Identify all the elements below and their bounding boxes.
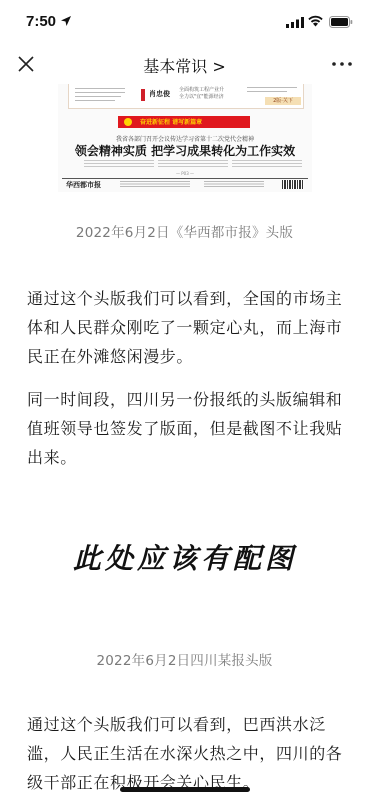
- newspaper-tag-text: 肖忠俊: [149, 89, 170, 99]
- newspaper-footer-text: [204, 181, 264, 188]
- more-dots-icon[interactable]: [331, 56, 353, 72]
- newspaper-badge: 2版·关下: [265, 97, 301, 105]
- account-title-link[interactable]: 基本常识 >: [0, 54, 369, 77]
- status-bar: 7:50: [0, 0, 369, 44]
- newspaper-headline: 领会精神实质 把学习成果转化为工作实效: [58, 142, 312, 159]
- newspaper-body-column: [84, 160, 154, 169]
- battery-icon: [329, 16, 353, 28]
- cellular-signal-icon: [286, 17, 304, 28]
- newspaper-mid-text: 全面构筑工程产业升 全力以"宜"能源经济: [179, 87, 224, 101]
- status-time: 7:50: [26, 13, 56, 30]
- paragraph-3: 通过这个头版我们可以看到，巴西洪水泛滥，人民正生活在水深火热之中，四川的各级干部…: [27, 710, 345, 797]
- home-indicator[interactable]: [120, 787, 250, 792]
- newspaper-body-column: [232, 160, 302, 169]
- image-caption-2: 2022年6月2日四川某报头版: [0, 649, 369, 669]
- newspaper-footer-rule: [62, 178, 308, 179]
- paragraph-1: 通过这个头版我们可以看到，全国的市场主体和人民群众刚吃了一颗定心丸，而上海市民正…: [27, 284, 345, 371]
- newspaper-top-box: 肖忠俊 全面构筑工程产业升 全力以"宜"能源经济 2版·关下: [68, 84, 304, 109]
- newspaper-banner-text: 奋进新征程 谱写新篇章: [140, 117, 202, 126]
- wifi-icon: [308, 15, 323, 27]
- navigation-bar: 基本常识 >: [0, 44, 369, 84]
- newspaper-body-column: [158, 160, 228, 169]
- placeholder-image[interactable]: 此处应该有配图: [60, 534, 310, 584]
- newspaper-footer-logo: 华西都市报: [66, 180, 101, 190]
- location-arrow-icon: [60, 15, 72, 27]
- newspaper-red-tag: [141, 89, 145, 101]
- image-caption-1: 2022年6月2日《华西都市报》头版: [0, 221, 369, 241]
- newspaper-front-page-image[interactable]: 肖忠俊 全面构筑工程产业升 全力以"宜"能源经济 2版·关下 奋进新征程 谱写新…: [58, 84, 312, 192]
- newspaper-red-banner: 奋进新征程 谱写新篇章: [118, 116, 250, 128]
- party-emblem-icon: [124, 118, 132, 126]
- paragraph-2: 同一时间段，四川另一份报纸的头版编辑和值班领导也签发了版面，但是截图不让我贴出来…: [27, 385, 345, 472]
- newspaper-footer-text: [120, 181, 190, 188]
- newspaper-page-marker: — P03 —: [58, 171, 312, 176]
- barcode-icon: [282, 180, 304, 189]
